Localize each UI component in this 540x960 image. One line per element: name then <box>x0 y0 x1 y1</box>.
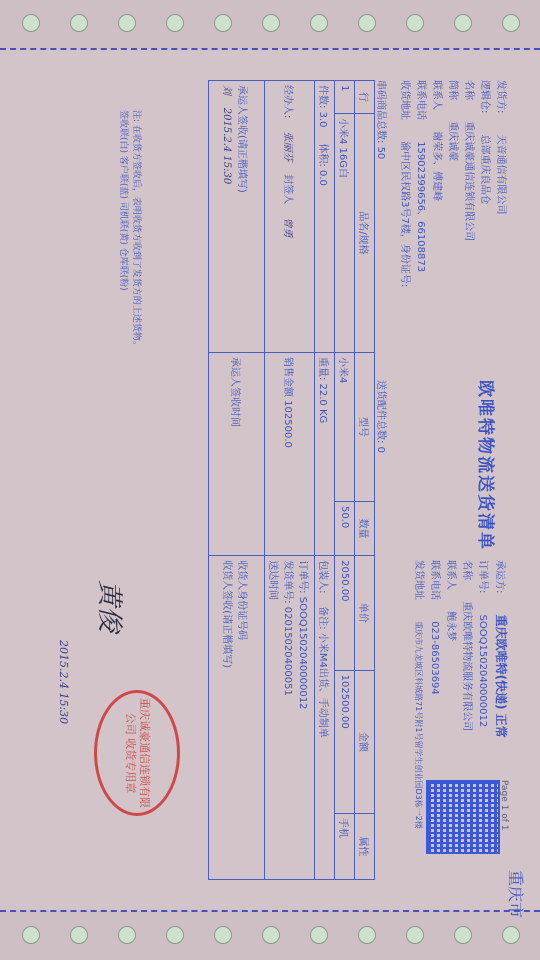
packer-label: 包装人: <box>317 560 328 593</box>
carrier-sign-cell: 承运人签收(请正楷填写) 刘 2015.2.4 15:30 <box>209 81 265 353</box>
remark-value: 小米M4出货、手动制单 <box>317 633 328 738</box>
pieces-label: 件数: <box>317 85 328 108</box>
carrier-signature: 刘 <box>222 85 233 95</box>
stamp-text: 重庆诚豪通信连锁有限公司 收货专用章 <box>123 693 151 813</box>
weight-value: 22.0 <box>317 384 328 406</box>
receiver-contact-value: 谢荣多、傅建峰 <box>431 131 446 201</box>
feed-hole <box>502 926 520 944</box>
carrier-time-cell: 承运人签收时间 <box>209 352 265 555</box>
footer-note: 注: 在收货方签收后，表明收货方收到了发货方的上述货物。 签收联(白) 客户联(… <box>116 110 142 350</box>
receiver-sign-time: 2015.2.4 15:30 <box>57 640 70 724</box>
receiver-sign-label: 收货人签收(请正楷填写) <box>222 560 237 875</box>
carrier-value: 重庆欧唯特(快递) 正常 <box>493 615 510 738</box>
receiver-id-label: 收货人身份证号码 <box>237 560 252 875</box>
feed-hole <box>262 926 280 944</box>
remark-label: 备注: <box>317 606 328 629</box>
shipper-value: 天音通信有限公司 <box>495 135 510 215</box>
carrier-phone-row: 联系电话 023-86503694 <box>429 560 444 695</box>
volume-value: 0.0 <box>317 170 328 186</box>
carrier-name-value: 重庆欧唯特物流服务有限公司 <box>461 601 476 731</box>
serial-total: 串码商品总数: 50 <box>375 80 390 159</box>
carrier-label: 承运方: <box>494 560 509 593</box>
carrier-order-value: SOOQ1502040000012 <box>477 615 488 728</box>
signature-row: 经办人: 张丽芬 封签人 曾勇 销售金额 102500.0 订单号: SOOQ1… <box>265 81 315 880</box>
handler-label: 经办人: <box>282 85 293 118</box>
carrier-name-row: 名称 重庆欧唯特物流服务有限公司 <box>461 560 476 731</box>
items-table: 行 品名/规格 型号 数量 单价 金额 属性 1 小米4 16G白 小米4 50… <box>208 80 375 880</box>
cell-line: 1 <box>335 81 355 114</box>
accessory-total-label: 送货配件总数: <box>375 380 386 443</box>
handler-cell: 经办人: 张丽芬 封签人 曾勇 <box>265 81 315 353</box>
amount-label: 销售金额 <box>282 357 293 397</box>
col-attr: 属性 <box>355 814 375 880</box>
weight-label: 重量: <box>317 357 328 380</box>
receiver-short-label: 简称 <box>447 80 462 100</box>
feed-hole <box>118 14 136 32</box>
serial-total-value: 50 <box>375 147 386 160</box>
cell-model: 小米4 <box>335 352 355 501</box>
feed-hole <box>70 14 88 32</box>
serial-total-label: 串码商品总数: <box>375 80 386 143</box>
cell-product: 小米4 16G白 <box>335 113 355 352</box>
carrier-address-value: 重庆市九龙坡区科城路71号附1号留学生创业园D3栋一2楼 <box>413 621 424 829</box>
cell-attr: 手机 <box>335 814 355 880</box>
handler-signature: 张丽芬 <box>282 132 293 162</box>
carrier-phone-value: 023-86503694 <box>429 621 440 695</box>
feed-hole <box>454 14 472 32</box>
order-label: 订单号: <box>297 560 308 593</box>
feed-hole <box>358 926 376 944</box>
accessory-total: 送货配件总数: 0 <box>375 380 390 453</box>
receiver-name-label: 名称 <box>463 80 478 100</box>
col-model: 型号 <box>355 352 375 501</box>
receipt-stamp: 重庆诚豪通信连锁有限公司 收货专用章 <box>94 690 180 816</box>
ship-no-label: 发货单号: <box>282 560 293 603</box>
amount-cell: 销售金额 102500.0 <box>265 352 315 555</box>
carrier-signature-row: 承运人签收(请正楷填写) 刘 2015.2.4 15:30 承运人签收时间 收货… <box>209 81 265 880</box>
shipper-label: 发货方: <box>495 80 510 113</box>
receiver-id-cell: 收货人身份证号码 收货人签收(请正楷填写) <box>209 556 265 880</box>
table-row: 1 小米4 16G白 小米4 50.0 2050.00 102500.00 手机 <box>335 81 355 880</box>
feed-hole <box>406 14 424 32</box>
sealer-signature: 曾勇 <box>282 217 293 237</box>
carrier-phone-label: 联系电话 <box>429 560 444 600</box>
footer-copies: 签收联(白) 客户联(蓝) 司机联(黄) 仓库联(粉) <box>116 110 129 350</box>
city-label: 重庆市 <box>505 870 528 918</box>
order-cell: 订单号: SOOQ1502040000012 发货单号: 02015020400… <box>265 556 315 880</box>
col-amount: 金额 <box>355 670 375 813</box>
receiver-phone-value: 15902399656、66108873 <box>415 141 430 272</box>
feed-hole <box>166 14 184 32</box>
footer-note-text: 注: 在收货方签收后，表明收货方收到了发货方的上述货物。 <box>129 110 142 350</box>
delivery-form: 欧唯特物流送货清单 Page 1 of 1 2015-02-04 重庆市 发货方… <box>0 0 540 960</box>
feed-hole <box>22 926 40 944</box>
feed-hole <box>166 926 184 944</box>
receiver-name-row: 名称 重庆诚豪通信连锁有限公司 <box>463 80 478 241</box>
receiver-short-value: 重庆诚豪 <box>447 121 462 161</box>
carrier-order-label: 订单号: <box>477 560 492 593</box>
carrier-sign-time: 2015.2.4 15:30 <box>222 108 233 185</box>
pieces-cell: 件数: 3.0 体积: 0.0 <box>315 81 335 353</box>
carrier-contact-row: 联系人 鲍永梦 <box>445 560 460 641</box>
carrier-name-label: 名称 <box>461 560 476 580</box>
receiver-phone-row: 联系电话 15902399656、66108873 <box>415 80 430 272</box>
sealer-label: 封签人 <box>282 174 293 204</box>
feed-hole <box>262 14 280 32</box>
carrier-row: 承运方: 重庆欧唯特(快递) 正常 <box>493 560 510 738</box>
receiver-address-row: 收货地址 渝中区民权路3号7楼，身份证号: <box>399 80 414 287</box>
feed-hole <box>214 926 232 944</box>
warehouse-row: 逻辑仓: 总部重庆良品仓 <box>479 80 494 205</box>
warehouse-label: 逻辑仓: <box>479 80 494 113</box>
receiver-signature: 黄俊 <box>93 580 130 632</box>
document-title: 欧唯特物流送货清单 <box>475 380 500 551</box>
receiver-short-row: 简称 重庆诚豪 <box>447 80 462 161</box>
weight-unit: KG <box>317 409 328 423</box>
accessory-total-value: 0 <box>375 447 386 453</box>
feed-hole <box>358 14 376 32</box>
ship-no-value: 02015020400051 <box>282 607 293 696</box>
carrier-time-label: 承运人签收时间 <box>229 357 240 427</box>
receiver-phone-label: 联系电话 <box>415 80 430 120</box>
table-header: 行 品名/规格 型号 数量 单价 金额 属性 <box>355 81 375 880</box>
remark-cell: 包装人: 备注: 小米M4出货、手动制单 <box>315 556 335 880</box>
col-product: 品名/规格 <box>355 113 375 352</box>
feed-hole <box>310 14 328 32</box>
receiver-name-value: 重庆诚豪通信连锁有限公司 <box>463 121 478 241</box>
carrier-sign-label: 承运人签收(请正楷填写) <box>237 85 252 348</box>
shipper-row: 发货方: 天音通信有限公司 <box>495 80 510 215</box>
tractor-feed-left <box>0 0 540 50</box>
col-price: 单价 <box>355 556 375 670</box>
col-qty: 数量 <box>355 501 375 555</box>
cell-amount: 102500.00 <box>335 670 355 813</box>
cell-qty: 50.0 <box>335 501 355 555</box>
feed-hole <box>406 926 424 944</box>
totals-row: 件数: 3.0 体积: 0.0 重量: 22.0 KG 包装人: 备注: 小米M… <box>315 81 335 880</box>
feed-hole <box>118 926 136 944</box>
col-line: 行 <box>355 81 375 114</box>
receiver-address-label: 收货地址 <box>399 80 414 120</box>
arrival-label: 送达时间 <box>267 560 278 600</box>
receiver-address-value: 渝中区民权路3号7楼，身份证号: <box>399 141 414 287</box>
feed-hole <box>22 14 40 32</box>
amount-value: 102500.0 <box>282 400 293 448</box>
receiver-contact-row: 联系人 谢荣多、傅建峰 <box>431 80 446 201</box>
carrier-contact-value: 鲍永梦 <box>445 611 460 641</box>
volume-label: 体积: <box>317 143 328 166</box>
qr-code-icon <box>426 780 500 854</box>
carrier-address-label: 发货地址 <box>413 560 428 600</box>
feed-hole <box>310 926 328 944</box>
cell-price: 2050.00 <box>335 556 355 670</box>
carrier-contact-label: 联系人 <box>445 560 460 590</box>
weight-cell: 重量: 22.0 KG <box>315 352 335 555</box>
pieces-value: 3.0 <box>317 112 328 128</box>
feed-hole <box>454 926 472 944</box>
carrier-order-row: 订单号: SOOQ1502040000012 <box>477 560 492 727</box>
order-value: SOOQ1502040000012 <box>297 597 308 710</box>
feed-hole <box>70 926 88 944</box>
carrier-address-row: 发货地址 重庆市九龙坡区科城路71号附1号留学生创业园D3栋一2楼 <box>413 560 428 829</box>
receiver-contact-label: 联系人 <box>431 80 446 110</box>
tractor-feed-right <box>0 910 540 960</box>
warehouse-value: 总部重庆良品仓 <box>479 135 494 205</box>
feed-hole <box>502 14 520 32</box>
feed-hole <box>214 14 232 32</box>
